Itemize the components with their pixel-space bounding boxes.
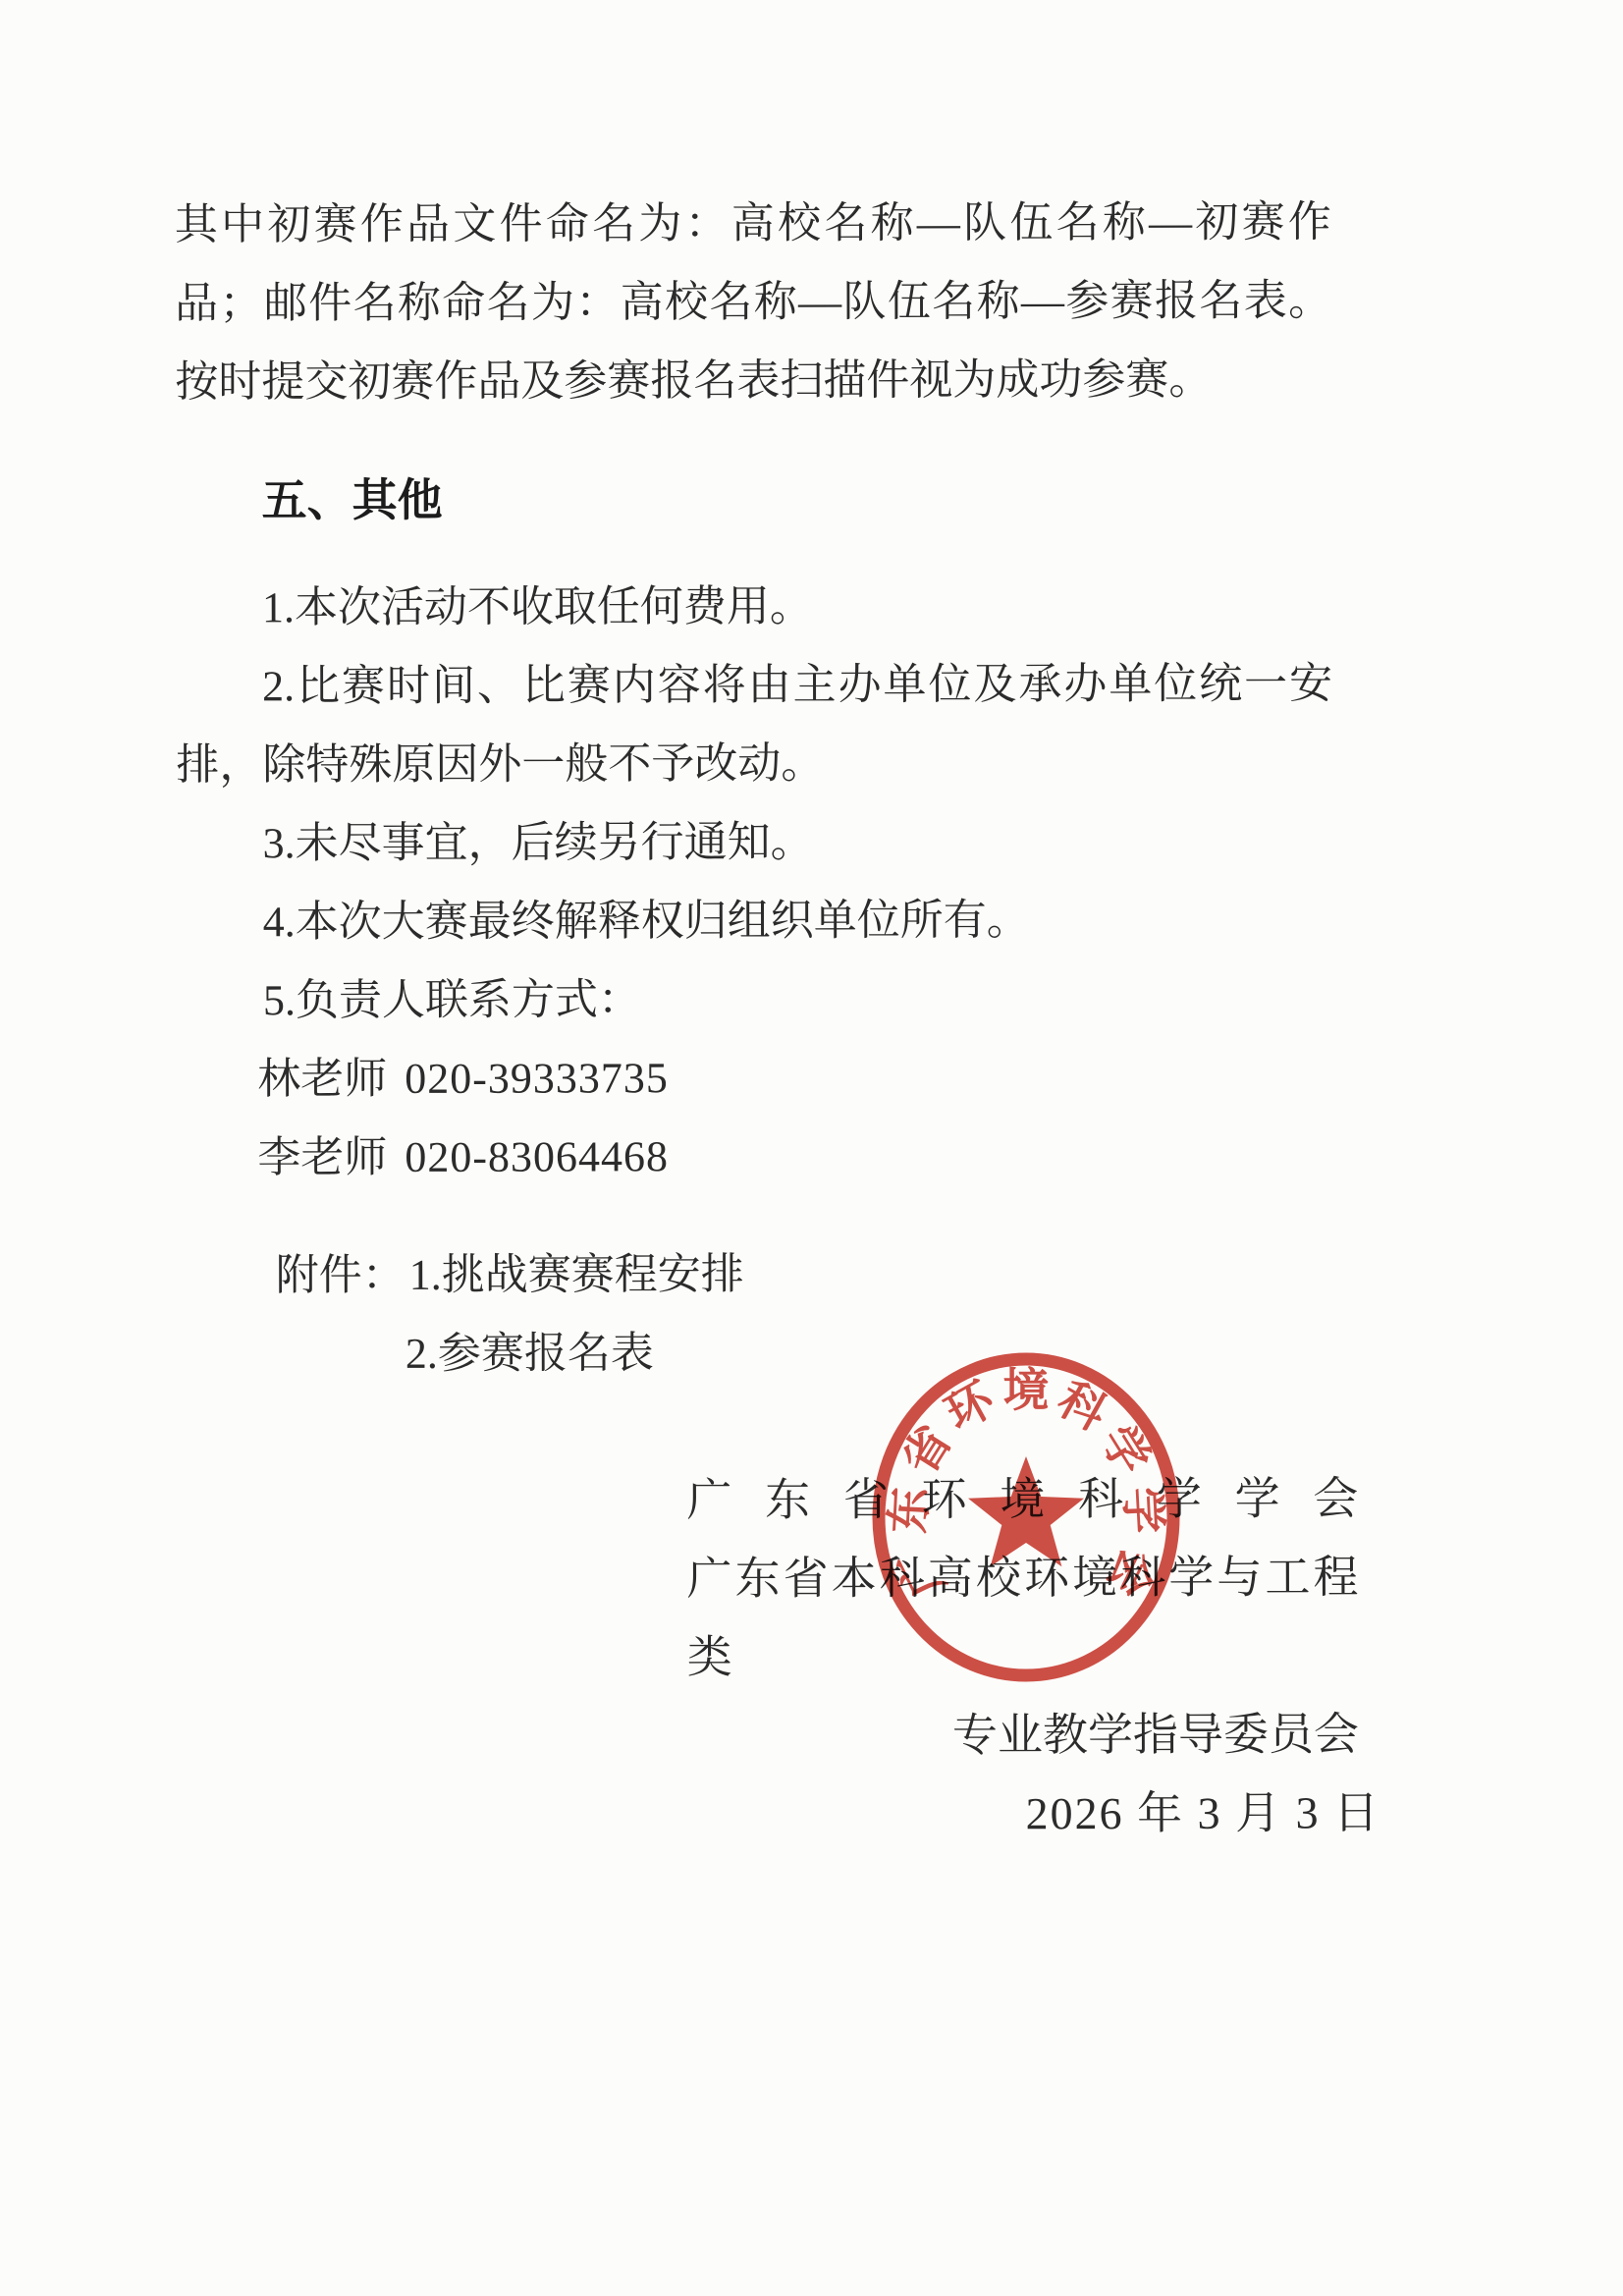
contact-name: 李老师: [257, 1133, 387, 1181]
attachment-line: 附件：1.挑战赛赛程安排: [178, 1233, 1334, 1315]
list-item-continuation: 排，除特殊原因外一般不予改动。: [176, 723, 1332, 804]
contact-line: 林老师020-39333735: [177, 1037, 1333, 1119]
attachment-item: 1.挑战赛赛程安排: [409, 1250, 744, 1299]
signature-org-2: 广东省本科高校环境科学与工程类: [686, 1538, 1358, 1697]
attachments-label: 附件：: [276, 1251, 406, 1299]
list-item: 2.比赛时间、比赛内容将由主办单位及承办单位统一安: [176, 644, 1332, 726]
contact-line: 李老师020-83064468: [177, 1116, 1333, 1197]
paragraph-line: 品；邮件名称命名为：高校名称—队伍名称—参赛报名表。: [175, 261, 1331, 343]
signature-date: 2026 年 3 月 3 日: [687, 1774, 1380, 1854]
attachments-section: 附件：1.挑战赛赛程安排 2.参赛报名表: [178, 1233, 1334, 1394]
paragraph-line: 其中初赛作品文件命名为：高校名称—队伍名称—初赛作: [175, 183, 1331, 264]
document-body: 其中初赛作品文件命名为：高校名称—队伍名称—初赛作 品；邮件名称命名为：高校名称…: [175, 183, 1335, 1855]
contact-phone: 020-39333735: [405, 1054, 669, 1103]
contact-phone: 020-83064468: [405, 1132, 669, 1181]
list-item: 5.负责人联系方式：: [177, 958, 1333, 1040]
signature-org-1: 广东省环境科学学会: [686, 1459, 1358, 1540]
attachment-line: 2.参赛报名表: [178, 1312, 1334, 1394]
section-heading: 五、其他: [176, 458, 1332, 539]
contact-name: 林老师: [257, 1055, 387, 1103]
document-page: 其中初赛作品文件命名为：高校名称—队伍名称—初赛作 品；邮件名称命名为：高校名称…: [0, 0, 1623, 2296]
signature-block: 广东省环境科学学会 广东省本科高校环境科学与工程类 专业教学指导委员会 2026…: [686, 1459, 1359, 1854]
list-item: 3.未尽事宜，后续另行通知。: [176, 801, 1332, 883]
list-item: 4.本次大赛最终解释权归组织单位所有。: [177, 880, 1333, 961]
signature-org-3: 专业教学指导委员会: [687, 1695, 1359, 1776]
paragraph-line: 按时提交初赛作品及参赛报名表扫描件视为成功参赛。: [175, 340, 1331, 421]
list-item: 1.本次活动不收取任何费用。: [176, 566, 1332, 647]
